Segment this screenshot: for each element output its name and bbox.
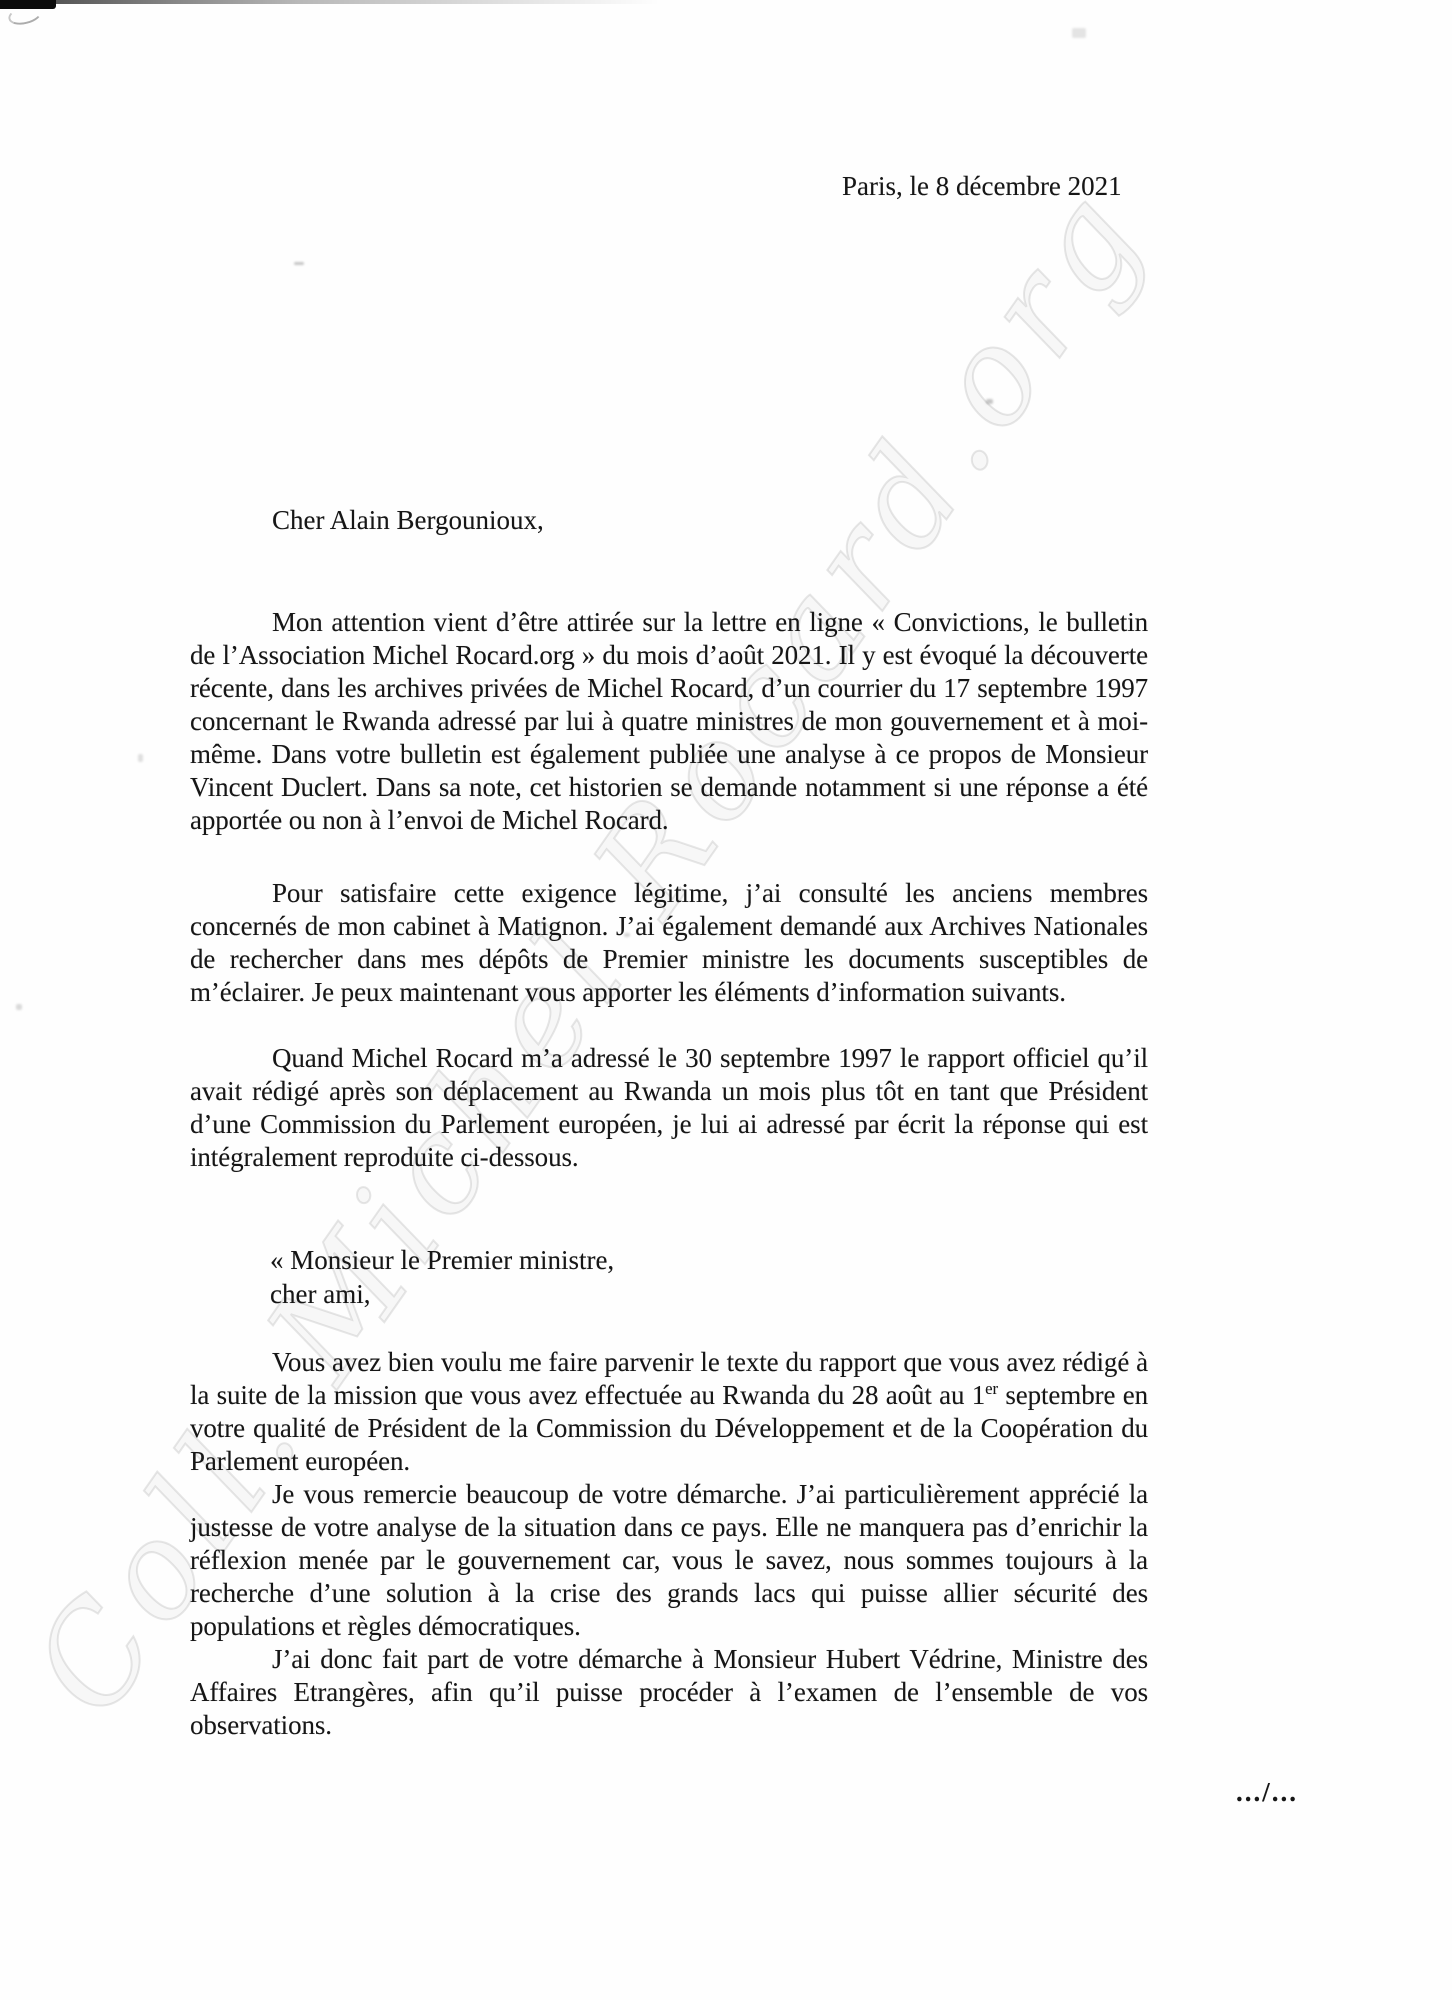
quoted-paragraph-mission: Vous avez bien voulu me faire parvenir l… [190,1346,1148,1478]
quoted-paragraph-remerciement: Je vous remercie beaucoup de votre démar… [190,1478,1148,1643]
letter-page: Coll. Michel Rocard.org Paris, le 8 déce… [0,0,1452,2000]
date-line: Paris, le 8 décembre 2021 [842,171,1122,202]
continuation-mark: .../... [1236,1777,1298,1808]
scan-edge-shadow [0,0,660,4]
scan-speck [986,399,993,404]
scan-speck [138,754,143,762]
scan-speck [294,262,304,265]
scan-speck [16,1004,22,1010]
paragraph-rapport-rocard: Quand Michel Rocard m’a adressé le 30 se… [190,1042,1148,1174]
paragraph-recherches-archives: Pour satisfaire cette exigence légitime,… [190,877,1148,1009]
salutation: Cher Alain Bergounioux, [272,505,544,536]
paragraph-attention-convictions: Mon attention vient d’être attirée sur l… [190,606,1148,837]
quoted-letter-salutation: « Monsieur le Premier ministre, cher ami… [270,1243,614,1311]
quoted-paragraph-vedrine: J’ai donc fait part de votre démarche à … [190,1643,1148,1742]
ordinal-superscript: er [985,1379,998,1398]
quoted-salutation-line1: « Monsieur le Premier ministre, [270,1243,614,1277]
quoted-letter-body: Vous avez bien voulu me faire parvenir l… [190,1346,1148,1742]
quoted-salutation-line2: cher ami, [270,1277,614,1311]
scan-speck [1072,28,1086,38]
